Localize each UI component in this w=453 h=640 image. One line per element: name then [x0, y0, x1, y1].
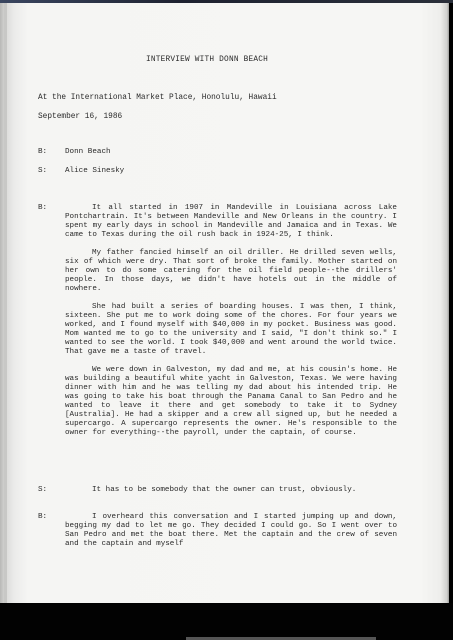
speaker-label: B:: [38, 513, 47, 521]
paragraph: I overheard this conversation and I star…: [65, 513, 397, 549]
participant-code: S:: [38, 167, 47, 175]
paragraph: It all started in 1907 in Mandeville in …: [65, 204, 397, 240]
paragraph: She had built a series of boarding house…: [65, 303, 397, 357]
interview-date: September 16, 1986: [38, 113, 122, 121]
participant-code: B:: [38, 148, 47, 156]
paragraph: My father fancied himself an oil driller…: [65, 249, 397, 294]
page-edge-shadow: [4, 0, 7, 603]
participant-name: Donn Beach: [65, 148, 111, 156]
interview-location: At the International Market Place, Honol…: [38, 94, 277, 102]
turn-body: I overheard this conversation and I star…: [65, 513, 397, 549]
paragraph: We were down in Galveston, my dad and me…: [65, 366, 397, 438]
document-title: INTERVIEW WITH DONN BEACH: [146, 56, 268, 64]
speaker-label: B:: [38, 204, 47, 212]
speaker-label: S:: [38, 486, 47, 494]
paragraph: It has to be somebody that the owner can…: [65, 486, 397, 495]
turn-body: It has to be somebody that the owner can…: [65, 486, 397, 495]
scan-background: [0, 603, 453, 640]
participant-name: Alice Sinesky: [65, 167, 124, 175]
turn-body: It all started in 1907 in Mandeville in …: [65, 204, 397, 438]
top-edge: [0, 0, 453, 3]
